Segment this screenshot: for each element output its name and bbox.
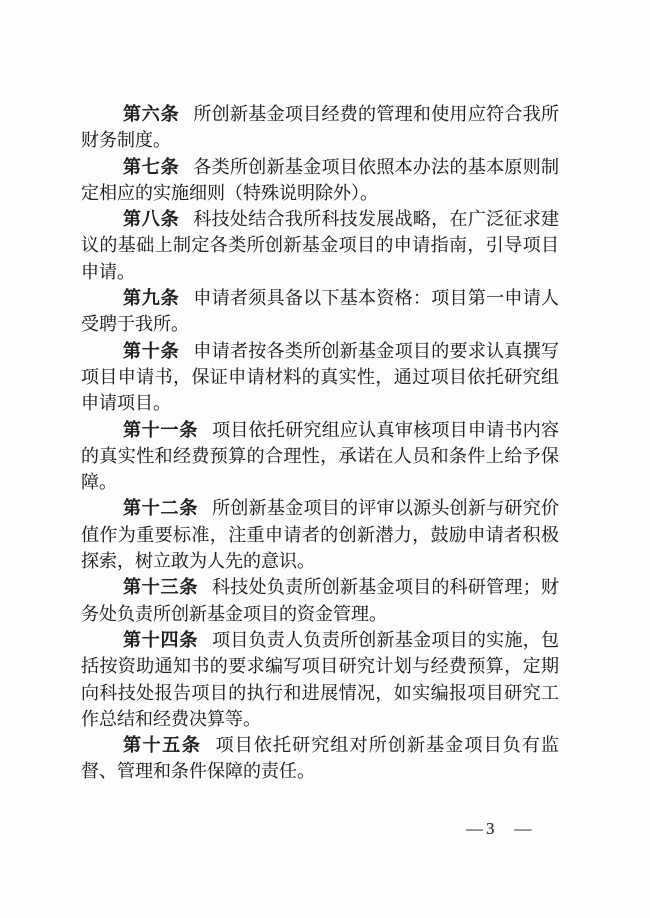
article-number: 第十二条 <box>123 498 198 518</box>
article-number: 第九条 <box>123 288 179 308</box>
document-body: 第六条所创新基金项目经费的管理和使用应符合我所财务制度。第七条各类所创新基金项目… <box>81 101 559 785</box>
page-footer: —3— <box>466 819 532 839</box>
article-paragraph: 第十五条项目依托研究组对所创新基金项目负有监督、管理和条件保障的责任。 <box>81 732 559 785</box>
article-number: 第十一条 <box>123 420 198 440</box>
article-paragraph: 第十条申请者按各类所创新基金项目的要求认真撰写项目申请书，保证申请材料的真实性，… <box>81 338 559 417</box>
article-paragraph: 第八条科技处结合我所科技发展战略，在广泛征求建议的基础上制定各类所创新基金项目的… <box>81 206 559 285</box>
article-paragraph: 第十四条项目负责人负责所创新基金项目的实施，包括按资助通知书的要求编写项目研究计… <box>81 627 559 732</box>
article-number: 第八条 <box>123 209 179 229</box>
article-paragraph: 第十三条科技处负责所创新基金项目的科研管理；财务处负责所创新基金项目的资金管理。 <box>81 574 559 627</box>
footer-dash-right: — <box>515 819 532 838</box>
article-number: 第六条 <box>123 104 179 124</box>
article-paragraph: 第十二条所创新基金项目的评审以源头创新与研究价值作为重要标准，注重申请者的创新潜… <box>81 495 559 574</box>
footer-dash-left: — <box>466 819 483 838</box>
article-paragraph: 第六条所创新基金项目经费的管理和使用应符合我所财务制度。 <box>81 101 559 154</box>
article-number: 第十四条 <box>123 630 198 650</box>
article-paragraph: 第九条申请者须具备以下基本资格：项目第一申请人受聘于我所。 <box>81 285 559 338</box>
article-number: 第七条 <box>123 157 179 177</box>
article-paragraph: 第十一条项目依托研究组应认真审核项目申请书内容的真实性和经费预算的合理性，承诺在… <box>81 417 559 496</box>
article-number: 第十条 <box>123 341 179 361</box>
document-page: 第六条所创新基金项目经费的管理和使用应符合我所财务制度。第七条各类所创新基金项目… <box>0 0 650 918</box>
article-number: 第十五条 <box>123 735 202 755</box>
article-number: 第十三条 <box>123 577 198 597</box>
page-number: 3 <box>486 819 495 838</box>
article-paragraph: 第七条各类所创新基金项目依照本办法的基本原则制定相应的实施细则（特殊说明除外）。 <box>81 154 559 207</box>
